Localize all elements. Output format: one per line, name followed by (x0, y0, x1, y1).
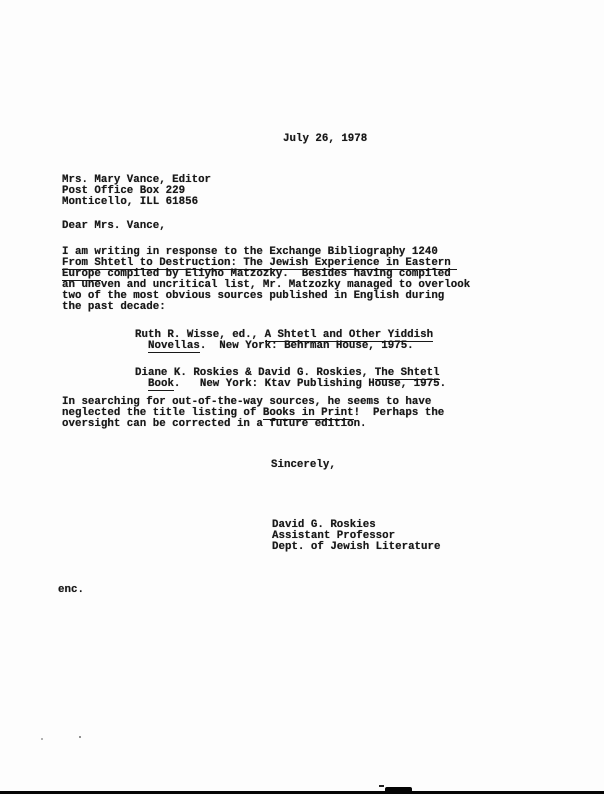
citation2-title-underlined: Book (148, 378, 174, 391)
recipient-address: Mrs. Mary Vance, Editor Post Office Box … (62, 175, 211, 208)
citation2-line2: Book. New York: Ktav Publishing House, 1… (148, 379, 446, 390)
citation1-title-underlined: Novellas (148, 340, 200, 353)
date-text: July 26, 1978 (283, 134, 367, 145)
paragraph-1: I am writing in response to the Exchange… (62, 247, 470, 313)
enclosure-note: enc. (58, 585, 84, 596)
letter-date: July 26, 1978 (283, 134, 367, 145)
scan-edge-line (0, 791, 604, 794)
para2-line3: oversight can be corrected in a future e… (62, 419, 444, 430)
citation2-publisher: . New York: Ktav Publishing House, 1975. (174, 378, 446, 390)
citation1-line2: Novellas. New York: Behrman House, 1975. (148, 341, 433, 352)
para2-line2-rest: ! Perhaps the (354, 407, 445, 419)
scan-speck (79, 736, 81, 738)
letter-page: July 26, 1978 Mrs. Mary Vance, Editor Po… (0, 0, 604, 796)
recipient-city: Monticello, ILL 61856 (62, 197, 211, 208)
salutation-text: Dear Mrs. Vance, (62, 221, 166, 232)
para1-line6: the past decade: (62, 302, 470, 313)
paragraph-2: In searching for out-of-the-way sources,… (62, 397, 444, 430)
signature-block: David G. Roskies Assistant Professor Dep… (272, 520, 440, 553)
scan-artifact (379, 785, 384, 787)
salutation: Dear Mrs. Vance, (62, 221, 166, 232)
citation-2: Diane K. Roskies & David G. Roskies, The… (135, 368, 446, 390)
scan-speck (41, 738, 43, 740)
closing-text: Sincerely, (271, 460, 336, 471)
signer-dept: Dept. of Jewish Literature (272, 542, 440, 553)
citation-1: Ruth R. Wisse, ed., A Shtetl and Other Y… (135, 330, 433, 352)
enclosure-text: enc. (58, 585, 84, 596)
closing: Sincerely, (271, 460, 336, 471)
citation1-publisher: . New York: Behrman House, 1975. (200, 340, 414, 352)
